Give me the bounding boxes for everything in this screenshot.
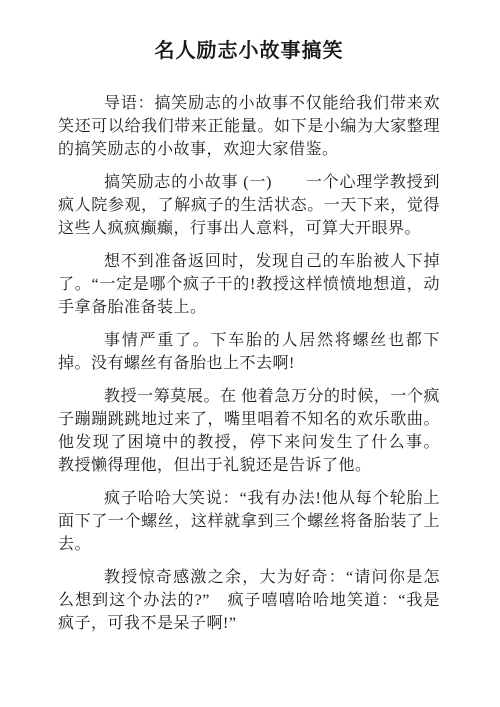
story-paragraph-5: 疯子哈哈大笑说：“我有办法!他从每个轮胎上面下了一个螺丝，这样就拿到三个螺丝将备… (58, 487, 440, 556)
story-paragraph-3: 事情严重了。下车胎的人居然将螺丝也都下掉。没有螺丝有备胎也上不去啊! (58, 329, 440, 375)
page-title: 名人励志小故事搞笑 (58, 38, 440, 64)
intro-paragraph: 导语：搞笑励志的小故事不仅能给我们带来欢笑还可以给我们带来正能量。如下是小编为大… (58, 92, 440, 161)
document-page: 名人励志小故事搞笑 导语：搞笑励志的小故事不仅能给我们带来欢笑还可以给我们带来正… (0, 0, 500, 707)
story-paragraph-1: 搞笑励志的小故事 (一) 一个心理学教授到疯人院参观，了解疯子的生活状态。一天下… (58, 171, 440, 240)
story-paragraph-4: 教授一筹莫展。在 他着急万分的时候，一个疯子蹦蹦跳跳地过来了，嘴里唱着不知名的欢… (58, 385, 440, 477)
story-paragraph-2: 想不到准备返回时，发现自己的车胎被人下掉了。“一定是哪个疯子干的!教授这样愤愤地… (58, 250, 440, 319)
story-paragraph-6: 教授惊奇感激之余，大为好奇：“请问你是怎么想到这个办法的?” 疯子嘻嘻哈哈地笑道… (58, 566, 440, 635)
